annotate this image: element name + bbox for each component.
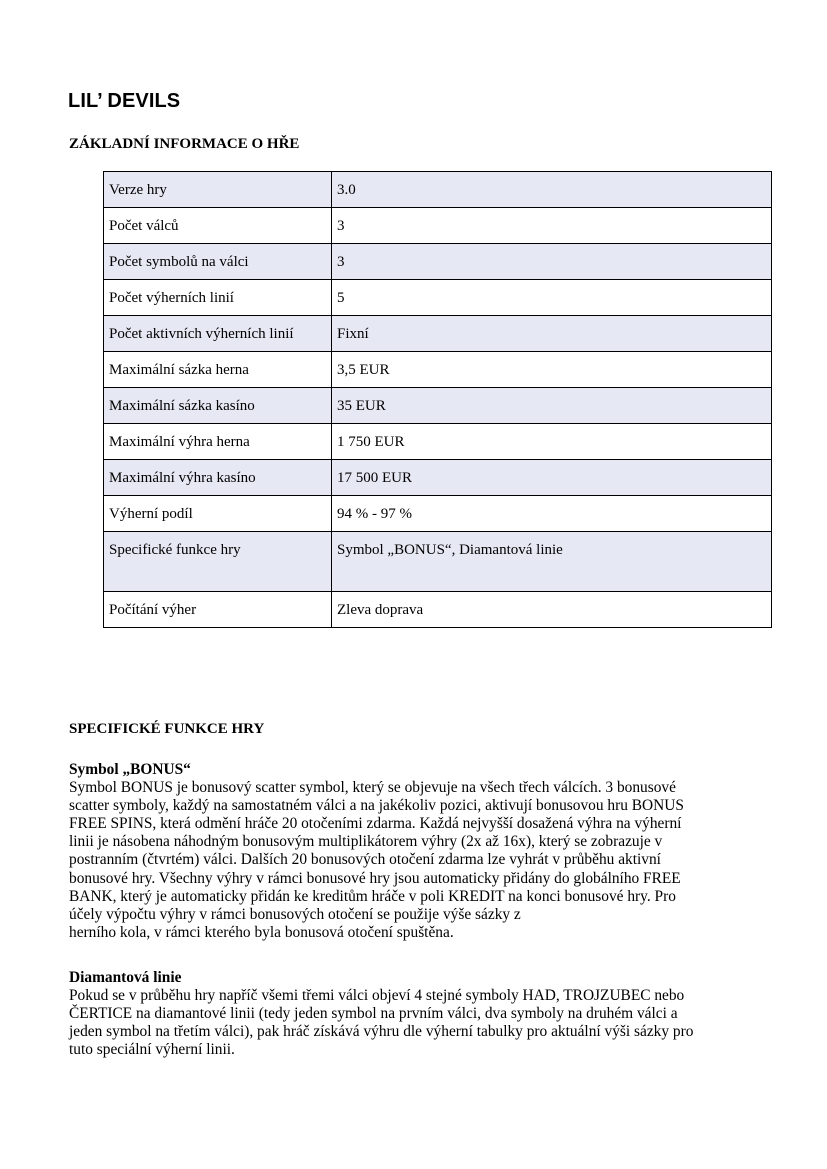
row-value: 3,5 EUR	[332, 352, 772, 388]
row-value: Zleva doprava	[332, 592, 772, 628]
row-label: Počet symbolů na válci	[104, 244, 332, 280]
table-row: Počet symbolů na válci3	[104, 244, 772, 280]
specific-features-heading: SPECIFICKÉ FUNKCE HRY	[69, 720, 264, 738]
row-value: 94 % - 97 %	[332, 496, 772, 532]
row-value: Fixní	[332, 316, 772, 352]
text-line: jeden symbol na třetím válci), pak hráč …	[69, 1023, 759, 1041]
row-label: Počet výherních linií	[104, 280, 332, 316]
row-label: Počet aktivních výherních linií	[104, 316, 332, 352]
row-value: 5	[332, 280, 772, 316]
text-line: linii je násobena náhodným bonusovým mul…	[69, 833, 759, 851]
text-line: BANK, který je automaticky přidán ke kre…	[69, 888, 759, 906]
text-line: tuto speciální výherní linii.	[69, 1041, 759, 1059]
table-row: Verze hry3.0	[104, 172, 772, 208]
table-row: Počítání výherZleva doprava	[104, 592, 772, 628]
feature-bonus-symbol: Symbol „BONUS“ Symbol BONUS je bonusový …	[69, 761, 759, 942]
table-row: Maximální výhra kasíno17 500 EUR	[104, 460, 772, 496]
table-row: Počet aktivních výherních liniíFixní	[104, 316, 772, 352]
basic-info-heading: ZÁKLADNÍ INFORMACE O HŘE	[69, 135, 299, 153]
row-value: 3	[332, 208, 772, 244]
text-line: Pokud se v průběhu hry napříč všemi třem…	[69, 987, 759, 1005]
row-label: Maximální výhra kasíno	[104, 460, 332, 496]
row-label: Verze hry	[104, 172, 332, 208]
row-value: 1 750 EUR	[332, 424, 772, 460]
table-row: Maximální výhra herna1 750 EUR	[104, 424, 772, 460]
text-line: FREE SPINS, která odmění hráče 20 otočen…	[69, 815, 759, 833]
row-label: Výherní podíl	[104, 496, 332, 532]
feature-body: Symbol BONUS je bonusový scatter symbol,…	[69, 779, 759, 942]
row-label: Počet válců	[104, 208, 332, 244]
text-line: ČERTICE na diamantové linii (tedy jeden …	[69, 1005, 759, 1023]
table-row: Počet výherních linií5	[104, 280, 772, 316]
feature-title: Diamantová linie	[69, 969, 759, 987]
row-label: Maximální výhra herna	[104, 424, 332, 460]
row-value: 35 EUR	[332, 388, 772, 424]
row-value: Symbol „BONUS“, Diamantová linie	[332, 532, 772, 592]
text-line: Symbol BONUS je bonusový scatter symbol,…	[69, 779, 759, 797]
row-value: 3	[332, 244, 772, 280]
text-line: účely výpočtu výhry v rámci bonusových o…	[69, 906, 759, 924]
text-line: bonusové hry. Všechny výhry v rámci bonu…	[69, 870, 759, 888]
feature-title: Symbol „BONUS“	[69, 761, 759, 779]
text-line: scatter symboly, každý na samostatném vá…	[69, 797, 759, 815]
row-label: Maximální sázka herna	[104, 352, 332, 388]
feature-body: Pokud se v průběhu hry napříč všemi třem…	[69, 987, 759, 1059]
table-row: Specifické funkce hrySymbol „BONUS“, Dia…	[104, 532, 772, 592]
row-value: 3.0	[332, 172, 772, 208]
feature-diamond-line: Diamantová linie Pokud se v průběhu hry …	[69, 969, 759, 1059]
table-row: Počet válců3	[104, 208, 772, 244]
row-label: Maximální sázka kasíno	[104, 388, 332, 424]
text-line: herního kola, v rámci kterého byla bonus…	[69, 924, 759, 942]
table-row: Maximální sázka kasíno35 EUR	[104, 388, 772, 424]
row-label: Počítání výher	[104, 592, 332, 628]
row-label: Specifické funkce hry	[104, 532, 332, 592]
document-title: LIL’ DEVILS	[68, 89, 180, 113]
row-value: 17 500 EUR	[332, 460, 772, 496]
basic-info-table: Verze hry3.0Počet válců3Počet symbolů na…	[103, 171, 772, 628]
table-row: Maximální sázka herna3,5 EUR	[104, 352, 772, 388]
text-line: postranním (čtvrtém) válci. Dalších 20 b…	[69, 851, 759, 869]
table-row: Výherní podíl94 % - 97 %	[104, 496, 772, 532]
